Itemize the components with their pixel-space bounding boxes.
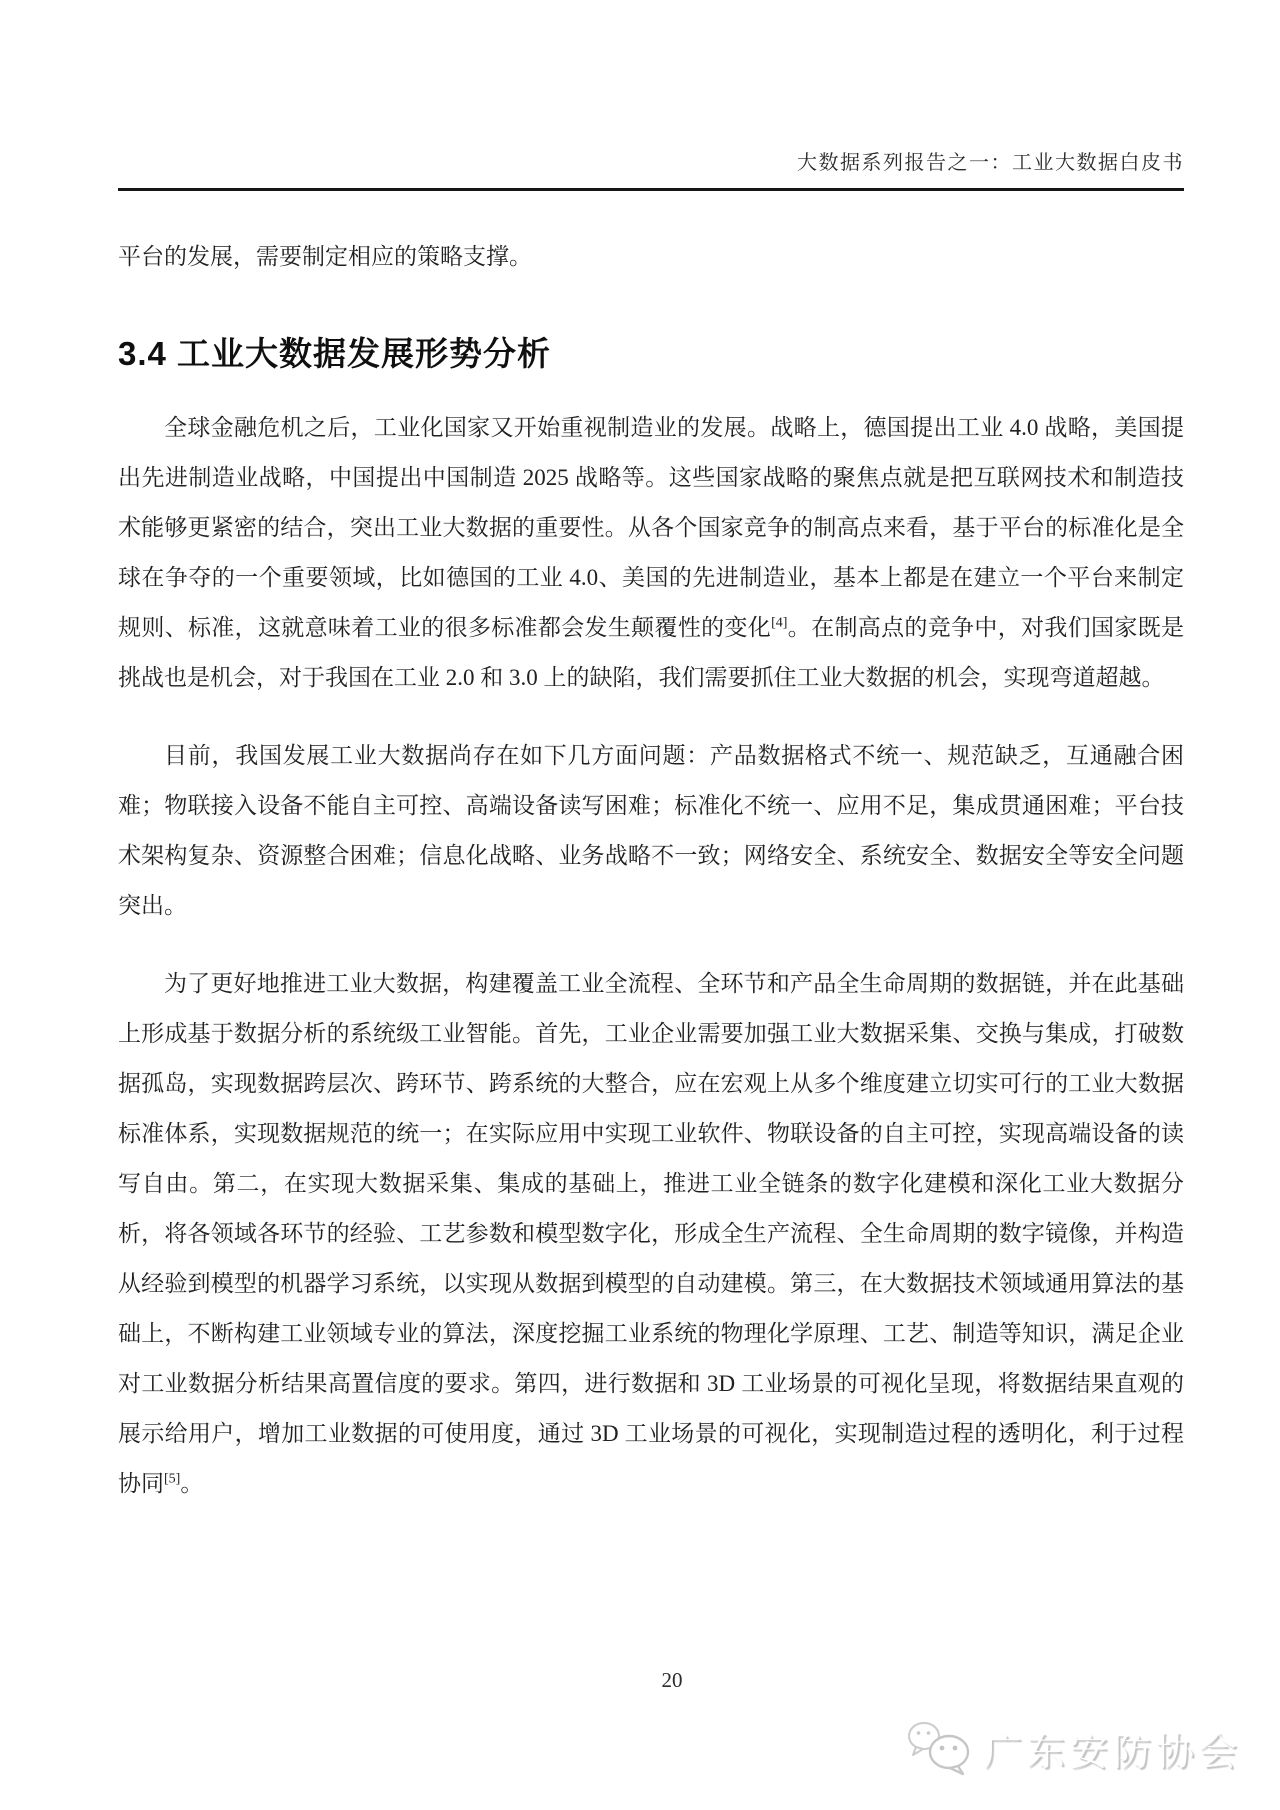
paragraph-development-measures: 为了更好地推进工业大数据，构建覆盖工业全流程、全环节和产品全生命周期的数据链，并… bbox=[118, 959, 1184, 1509]
paragraph-national-strategy: 全球金融危机之后，工业化国家又开始重视制造业的发展。战略上，德国提出工业 4.0… bbox=[118, 403, 1184, 703]
citation-ref-5: [5] bbox=[164, 1471, 180, 1486]
intro-paragraph: 平台的发展，需要制定相应的策略支撑。 bbox=[118, 241, 1184, 273]
paragraph-current-problems: 目前，我国发展工业大数据尚存在如下几方面问题：产品数据格式不统一、规范缺乏，互通… bbox=[118, 731, 1184, 931]
wechat-icon bbox=[906, 1720, 972, 1776]
paragraph-text: 。 bbox=[180, 1471, 203, 1496]
watermark: 广东安防协会 bbox=[906, 1720, 1242, 1776]
citation-ref-4: [4] bbox=[771, 615, 787, 630]
paragraph-text: 目前，我国发展工业大数据尚存在如下几方面问题：产品数据格式不统一、规范缺乏，互通… bbox=[118, 743, 1184, 918]
watermark-text: 广东安防协会 bbox=[984, 1721, 1242, 1776]
paragraph-text: 为了更好地推进工业大数据，构建覆盖工业全流程、全环节和产品全生命周期的数据链，并… bbox=[118, 971, 1184, 1496]
document-page: 大数据系列报告之一：工业大数据白皮书 平台的发展，需要制定相应的策略支撑。 3.… bbox=[118, 0, 1184, 1509]
page-number: 20 bbox=[0, 1668, 1280, 1693]
page-header-title: 大数据系列报告之一：工业大数据白皮书 bbox=[118, 146, 1184, 175]
section-heading: 3.4 工业大数据发展形势分析 bbox=[118, 328, 1184, 375]
paragraph-text: 全球金融危机之后，工业化国家又开始重视制造业的发展。战略上，德国提出工业 4.0… bbox=[118, 415, 1184, 640]
header-divider bbox=[118, 188, 1184, 191]
